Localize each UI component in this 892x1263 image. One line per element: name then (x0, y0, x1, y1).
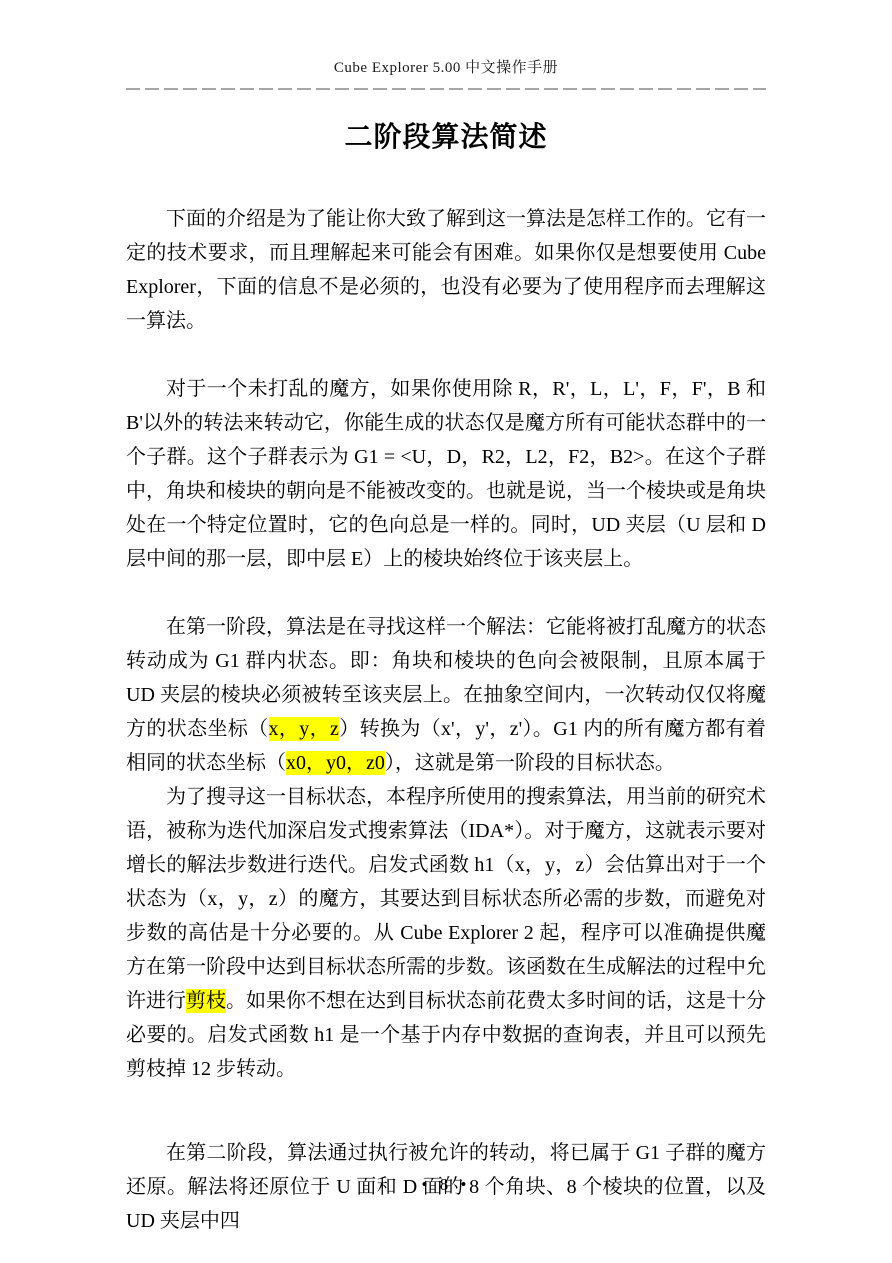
text-segment: 为了搜寻这一目标状态，本程序所使用的搜索算法，用当前的研究术语，被称为迭代加深启… (126, 786, 766, 1012)
document-body: 下面的介绍是为了能让你大致了解到这一算法是怎样工作的。它有一定的技术要求，而且理… (126, 202, 766, 1238)
highlight-x0y0z0: x0，y0，z0 (286, 751, 385, 775)
header-title: Cube Explorer 5.00 中文操作手册 (0, 58, 892, 78)
text-segment: ），这就是第一阶段的目标状态。 (385, 752, 675, 774)
text-segment: 对于一个未打乱的魔方，如果你使用除 R，R'，L，L'，F，F'，B 和 B'以… (126, 378, 766, 570)
page-title: 二阶段算法简述 (126, 120, 766, 154)
page-number: • 8 • (422, 1175, 471, 1194)
highlight-xyz: x，y，z (269, 717, 339, 741)
text-segment: 下面的介绍是为了能让你大致了解到这一算法是怎样工作的。它有一定的技术要求，而且理… (126, 208, 766, 332)
highlight-pruning: 剪枝 (186, 989, 226, 1013)
paragraph-intro: 下面的介绍是为了能让你大致了解到这一算法是怎样工作的。它有一定的技术要求，而且理… (126, 202, 766, 338)
paragraph-subgroup-g1: 对于一个未打乱的魔方，如果你使用除 R，R'，L，L'，F，F'，B 和 B'以… (126, 372, 766, 576)
page-header: Cube Explorer 5.00 中文操作手册 (0, 0, 892, 90)
paragraph-ida-search: 为了搜寻这一目标状态，本程序所使用的搜索算法，用当前的研究术语，被称为迭代加深启… (126, 780, 766, 1086)
header-divider (126, 88, 766, 90)
document-page: Cube Explorer 5.00 中文操作手册 二阶段算法简述 下面的介绍是… (0, 0, 892, 1263)
page-footer: • 8 • (0, 1175, 892, 1195)
paragraph-phase-one: 在第一阶段，算法是在寻找这样一个解法：它能将被打乱魔方的状态转动成为 G1 群内… (126, 610, 766, 780)
